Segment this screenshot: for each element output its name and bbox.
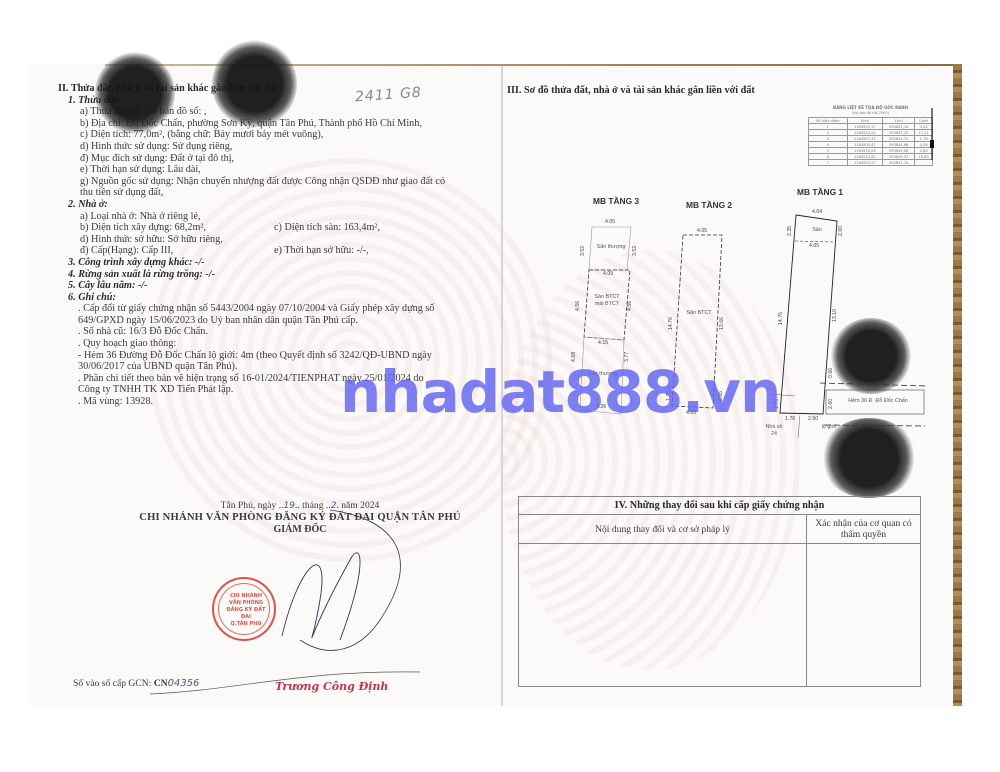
- dimension-label: 13.10: [832, 309, 838, 322]
- other-construction: 3. Công trình xây dựng khác: -/-: [58, 257, 498, 269]
- redaction-blot: [95, 52, 175, 134]
- sheet-right-border: [953, 64, 962, 706]
- coordinate-table: BẢNG LIỆT KÊ TỌA ĐỘ GÓC RANH (Hệ tọa độ …: [808, 105, 933, 166]
- signing-date: Tân Phú, ngày ..19.. tháng ..2. năm 2024: [100, 500, 500, 512]
- dimension-label: 2.50: [808, 416, 818, 422]
- signer-name: Trương Công Định: [275, 680, 388, 693]
- house-ownership: d) Hình thức sở hữu: Sở hữu riêng,: [58, 234, 498, 246]
- authority-confirmation-cell[interactable]: [807, 544, 920, 686]
- house-type: a) Loại nhà ở: Nhà ở riêng lẻ,: [58, 211, 498, 223]
- parcel-origin-cont: thu tiền sử dụng đất,: [58, 187, 498, 199]
- redaction-blot: [830, 318, 912, 394]
- signer-title: GIÁM ĐỐC: [100, 524, 500, 536]
- site-watermark: nhadat888.vn: [340, 357, 780, 427]
- dimension-label: 14.76: [668, 317, 674, 330]
- notes-heading: 6. Ghi chú:: [58, 292, 498, 304]
- house-grade-row: đ) Cấp(Hạng): Cấp III, e) Thời hạn sở hữ…: [58, 245, 498, 257]
- plan-label-floor-2: MB TẦNG 2: [686, 200, 732, 210]
- parcel-origin: g) Nguồn gốc sử dụng: Nhận chuyển nhượng…: [58, 176, 498, 188]
- note-line: 649/GPXD ngày 15/06/2023 do Uỷ ban nhân …: [58, 315, 498, 327]
- note-line: . Cấp đổi từ giấy chứng nhận số 5443/200…: [58, 303, 498, 315]
- dimension-label: 4.09: [603, 271, 613, 277]
- house-ownership-term: e) Thời hạn sở hữu: -/-,: [274, 245, 369, 257]
- section-iii-title: III. Sơ đồ thửa đất, nhà ở và tài sản kh…: [507, 85, 755, 96]
- room-label: Sân BTCT mái BTCT: [592, 294, 622, 307]
- house-area-row: b) Diện tích xây dựng: 68,2m², c) Diện t…: [58, 222, 498, 234]
- dimension-label: 3.52: [632, 246, 638, 256]
- dimension-label: 14.76: [778, 312, 784, 325]
- house-heading: 2. Nhà ở:: [58, 199, 498, 211]
- planted-forest: 4. Rừng sản xuất là rừng trồng: -/-: [58, 269, 498, 281]
- room-label: Sân: [807, 227, 827, 234]
- dimension-label: 4.05: [605, 219, 615, 225]
- dimension-label: 4.05: [697, 228, 707, 234]
- official-seal: CHI NHÁNH VĂN PHÒNG ĐĂNG KÝ ĐẤT ĐAI Q.TÂ…: [212, 577, 276, 641]
- dimension-label: 4.56: [575, 301, 581, 311]
- registry-number: Số vào sổ cấp GCN: CN04356: [73, 678, 199, 689]
- house-floor-area: c) Diện tích sàn: 163,4m²,: [274, 222, 380, 234]
- change-content-cell[interactable]: [519, 544, 807, 686]
- coord-table-row: 71184925,27593851,14: [809, 160, 933, 166]
- signature-block: Tân Phú, ngày ..19.. tháng ..2. năm 2024…: [100, 500, 500, 536]
- dimension-label: 4.56: [627, 301, 633, 311]
- redaction-blot: [212, 40, 297, 128]
- note-line: . Quy hoạch giao thông:: [58, 338, 498, 350]
- parcel-use-term: e) Thời hạn sử dụng: Lâu dài,: [58, 164, 498, 176]
- dimension-label: 1.76: [785, 416, 795, 422]
- parcel-use-purpose: đ) Mục đích sử dụng: Đất ở tại đô thị,: [58, 153, 498, 165]
- changes-table-body: [519, 544, 920, 686]
- dimension-label: 2.35: [787, 226, 793, 236]
- room-label: Sân BTCT: [684, 310, 714, 317]
- plan-label-floor-1: MB TẦNG 1: [797, 187, 843, 197]
- dimension-label: 2.00: [838, 226, 844, 236]
- dimension-label: 4.04: [812, 209, 822, 215]
- alley-label: Hẻm 36 Đ. Đỗ Đốc Chấn: [838, 398, 918, 405]
- parcel-use-form: d) Hình thức sử dụng: Sử dụng riêng,: [58, 141, 498, 153]
- changes-table: IV. Những thay đổi sau khi cấp giấy chứn…: [518, 496, 921, 687]
- changes-table-title: IV. Những thay đổi sau khi cấp giấy chứn…: [519, 497, 920, 515]
- note-line: . Số nhà cũ: 16/3 Đỗ Đốc Chấn.: [58, 326, 498, 338]
- signing-day: 19: [284, 501, 295, 511]
- issuing-office: CHI NHÁNH VĂN PHÒNG ĐĂNG KÝ ĐẤT ĐAI QUẬN…: [100, 512, 500, 524]
- perennial-trees: 5. Cây lâu năm: -/-: [58, 280, 498, 292]
- dimension-label: 0.66: [828, 368, 834, 378]
- column-change-content: Nội dung thay đổi và cơ sở pháp lý: [519, 515, 807, 543]
- plan-label-floor-3: MB TẦNG 3: [593, 196, 639, 206]
- dimension-label: 4.05: [809, 243, 819, 249]
- column-authority-confirmation: Xác nhận của cơ quan có thẩm quyền: [807, 515, 920, 543]
- changes-table-header: Nội dung thay đổi và cơ sở pháp lý Xác n…: [519, 515, 920, 544]
- dimension-label: 2.60: [828, 399, 834, 409]
- dimension-label: 3.52: [580, 246, 586, 256]
- house-build-area: b) Diện tích xây dựng: 68,2m²,: [80, 222, 274, 234]
- dimension-label: 4.15: [598, 340, 608, 346]
- boundary-label: lộ giới: [816, 424, 842, 431]
- dimension-label: 13.66: [719, 317, 725, 330]
- house-grade: đ) Cấp(Hạng): Cấp III,: [80, 245, 274, 257]
- room-label: Sân thượng: [596, 244, 626, 251]
